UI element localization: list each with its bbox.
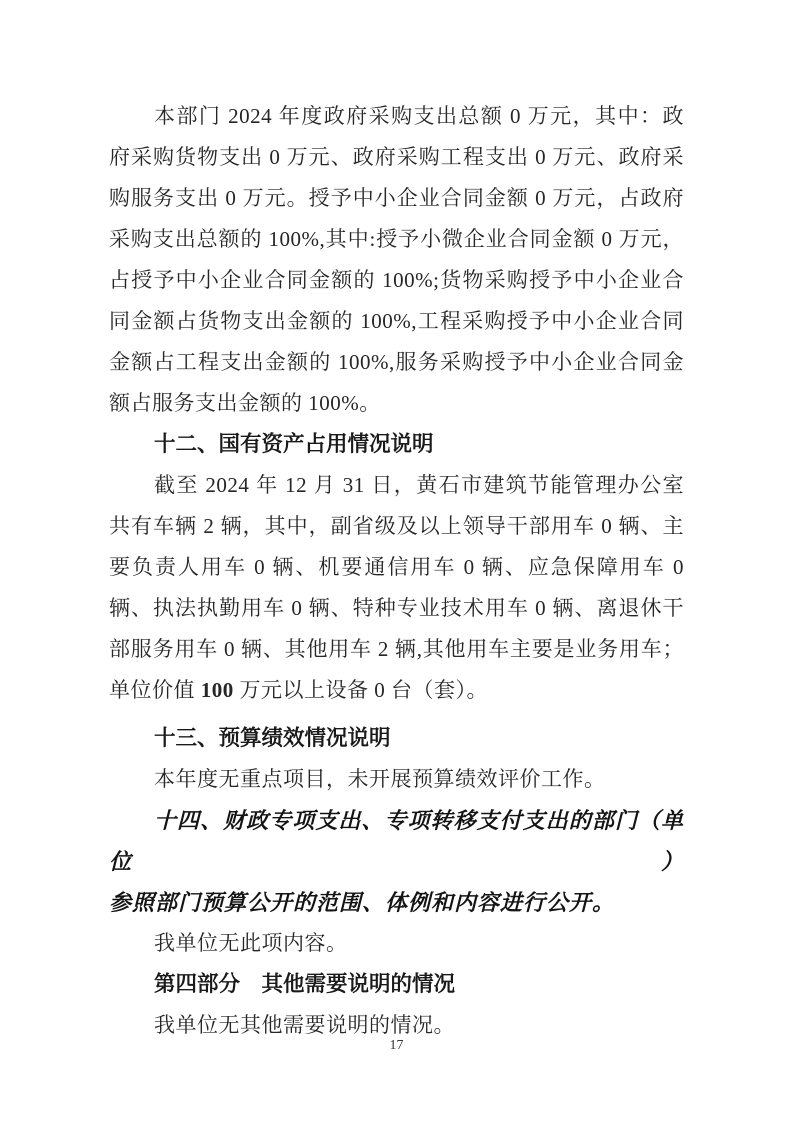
para-line: 购服务支出 0 万元。授予中小企业合同金额 0 万元，占政府 [109,178,684,219]
document-page: 本部门 2024 年度政府采购支出总额 0 万元，其中：政 府采购货物支出 0 … [0,0,793,1122]
section-12-state-assets: 十二、国有资产占用情况说明 截至 2024 年 12 月 31 日，黄石市建筑节… [109,424,684,711]
section-heading-13: 十三、预算绩效情况说明 [109,718,684,759]
section-14-special-transfer: 十四、财政专项支出、专项转移支付支出的部门（单位） 参照部门预算公开的范围、体例… [109,800,684,964]
text-block: 本部门 2024 年度政府采购支出总额 0 万元，其中：政 府采购货物支出 0 … [109,96,684,1046]
equipment-value-pre: 单位价值 [109,678,201,702]
para-line: 占授予中小企业合同金额的 100%;货物采购授予中小企业合 [109,260,684,301]
para-line: 同金额占货物支出金额的 100%,工程采购授予中小企业合同 [109,301,684,342]
page-number: 17 [0,1036,793,1056]
section-heading-12: 十二、国有资产占用情况说明 [109,424,684,465]
para-line: 部服务用车 0 辆、其他用车 2 辆,其他用车主要是业务用车； [109,629,684,670]
para-line: 要负责人用车 0 辆、机要通信用车 0 辆、应急保障用车 0 [109,547,684,588]
part-4-other-notes: 第四部分 其他需要说明的情况 我单位无其他需要说明的情况。 [109,964,684,1046]
para-line: 我单位无此项内容。 [109,923,684,964]
para-line: 采购支出总额的 100%,其中:授予小微企业合同金额 0 万元， [109,219,684,260]
section-heading-14-line: 十四、财政专项支出、专项转移支付支出的部门（单位） [109,800,684,882]
para-line: 本年度无重点项目，未开展预算绩效评价工作。 [109,759,684,800]
para-line: 额占服务支出金额的 100%。 [109,383,684,424]
para-line: 辆、执法执勤用车 0 辆、特种专业技术用车 0 辆、离退休干 [109,588,684,629]
equipment-value-number: 100 [201,678,234,702]
section-heading-14-line: 参照部门预算公开的范围、体例和内容进行公开。 [109,882,684,923]
section-13-budget-performance: 十三、预算绩效情况说明 本年度无重点项目，未开展预算绩效评价工作。 [109,718,684,800]
equipment-value-post: 万元以上设备 0 台（套）。 [234,678,488,702]
para-line: 金额占工程支出金额的 100%,服务采购授予中小企业合同金 [109,342,684,383]
para-line: 共有车辆 2 辆，其中，副省级及以上领导干部用车 0 辆、主 [109,506,684,547]
para-line: 截至 2024 年 12 月 31 日，黄石市建筑节能管理办公室 [109,465,684,506]
paragraph-procurement: 本部门 2024 年度政府采购支出总额 0 万元，其中：政 府采购货物支出 0 … [109,96,684,424]
para-line: 府采购货物支出 0 万元、政府采购工程支出 0 万元、政府采 [109,137,684,178]
para-line-equipment-value: 单位价值 100 万元以上设备 0 台（套）。 [109,670,684,711]
para-line: 本部门 2024 年度政府采购支出总额 0 万元，其中：政 [109,96,684,137]
part-4-heading: 第四部分 其他需要说明的情况 [109,964,684,1005]
